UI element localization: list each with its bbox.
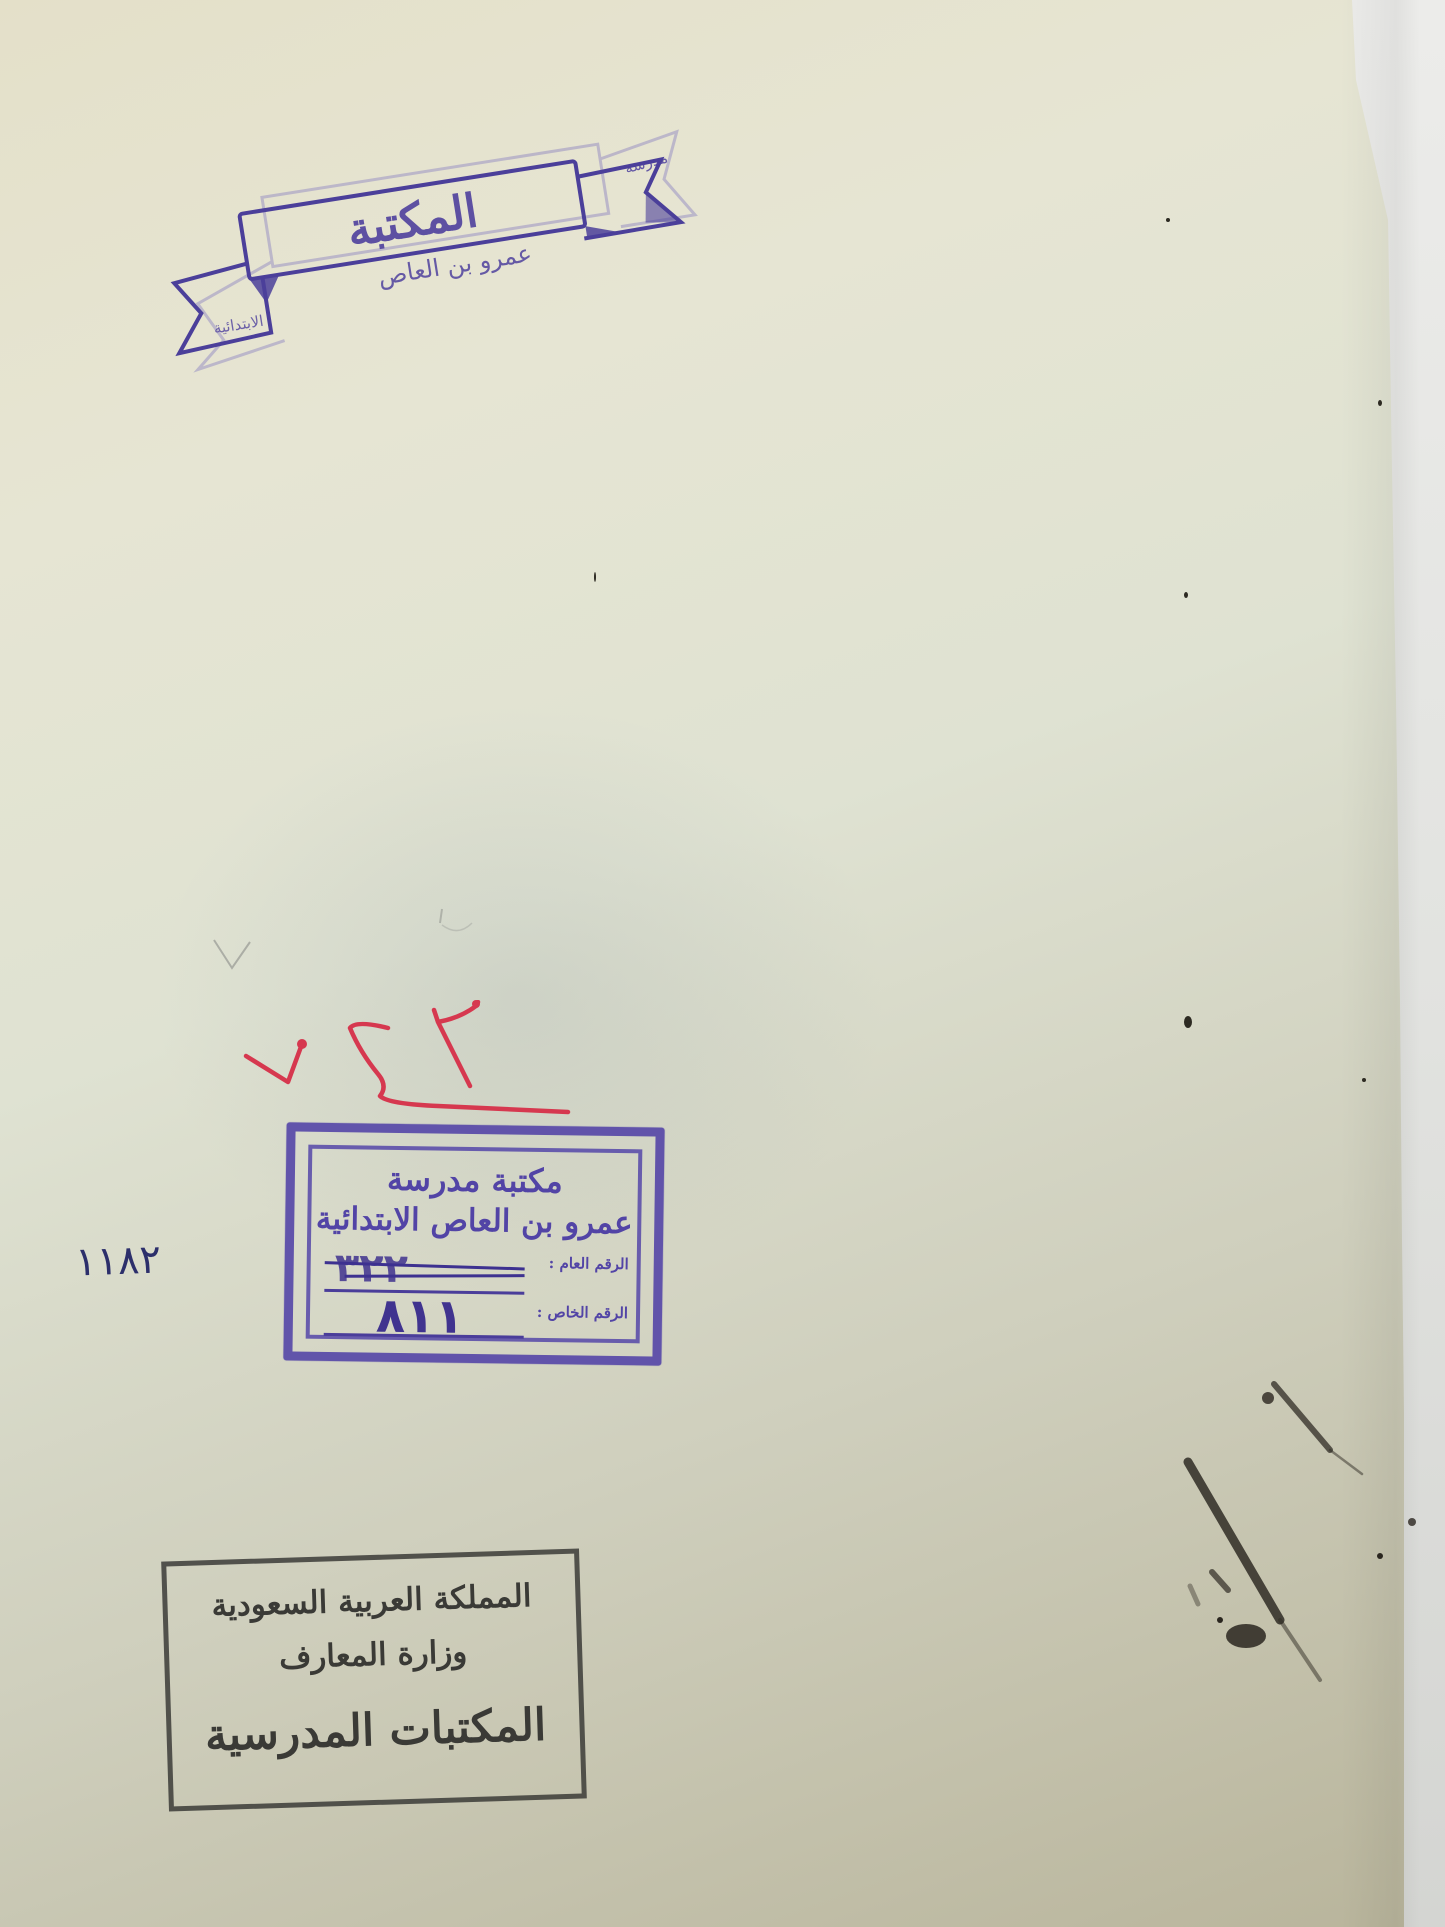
- ink-speck: [1166, 218, 1170, 222]
- pencil-curve-mark-icon: [428, 905, 478, 945]
- special-number-label: الرقم الخاص :: [537, 1303, 629, 1322]
- ink-speck: [1184, 592, 1188, 598]
- special-number-value: ٨١١: [376, 1288, 465, 1345]
- ink-speck: [1184, 1016, 1192, 1028]
- ministry-of-education-stamp: المملكة العربية السعودية وزارة المعارف ا…: [161, 1548, 587, 1811]
- handwritten-side-number: ١١٨٢: [74, 1237, 161, 1286]
- ink-smudges: [1150, 1350, 1445, 1710]
- stamp-line-school: عمرو بن العاص الابتدائية: [315, 1201, 633, 1241]
- general-number-label: الرقم العام :: [549, 1254, 629, 1273]
- stamp-line-library: مكتبة مدرسة: [326, 1159, 625, 1201]
- red-handwriting-icon: [238, 1000, 578, 1130]
- pencil-check-mark-icon: [210, 930, 260, 980]
- ink-speck: [1362, 1078, 1366, 1082]
- strikethrough-line: [345, 1274, 525, 1278]
- school-library-stamp: مكتبة مدرسة عمرو بن العاص الابتدائية الر…: [283, 1122, 664, 1365]
- red-number-text: ٢٤٣: [238, 1000, 578, 1001]
- red-inventory-number: ٢٤٣: [238, 1000, 578, 1130]
- smudge-marks-icon: [1150, 1350, 1445, 1710]
- general-number-value: ٣٢٢: [334, 1245, 408, 1292]
- ink-speck: [594, 572, 596, 582]
- ink-speck: [1378, 400, 1382, 406]
